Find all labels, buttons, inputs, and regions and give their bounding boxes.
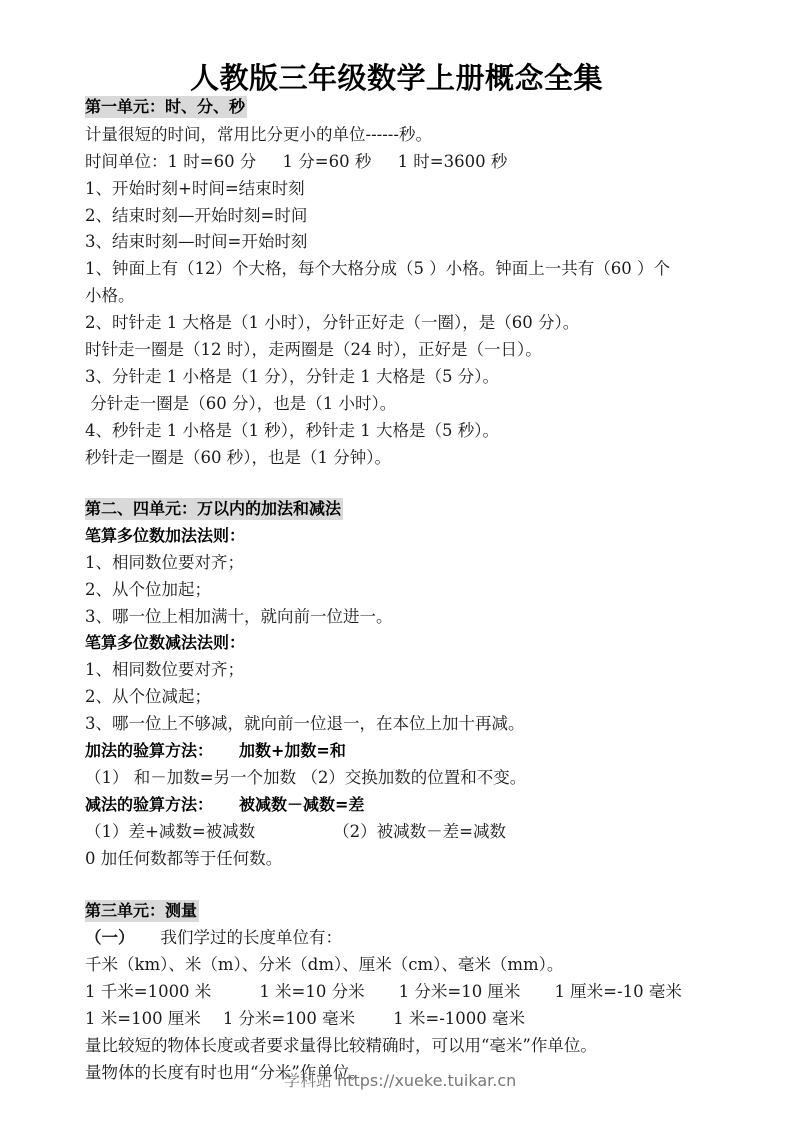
unit3-part-line: （一）我们学过的长度单位有： — [85, 927, 342, 949]
unit1-line: 小格。 — [85, 285, 135, 307]
unit3-header: 第三单元：测量 — [85, 900, 199, 922]
add-rule: 3、哪一位上相加满十，就向前一位进一。 — [85, 606, 393, 628]
unit1-line: 时针走一圈是（12 时），走两圈是（24 时），正好是（一日）。 — [85, 339, 542, 361]
conversion: 1 米=100 厘米 — [85, 1009, 201, 1028]
unit1-header: 第一单元：时、分、秒 — [85, 96, 247, 118]
zero-rule-line: 0 加任何数都等于任何数。 — [85, 848, 282, 870]
add-rule: 1、相同数位要对齐； — [85, 552, 244, 574]
unit1-line: 2、时针走 1 大格是（1 小时），分针正好走（一圈），是（60 分）。 — [85, 312, 579, 334]
unit1-line: 时间单位：1 时=60 分 1 分=60 秒 1 时=3600 秒 — [85, 151, 507, 173]
conversion-line-1: 1 千米=1000 米1 米=10 分米1 分米=10 厘米1 厘米=-10 毫… — [85, 981, 682, 1003]
sub-check-label: 减法的验算方法： — [85, 795, 213, 814]
conversion-line-2: 1 米=100 厘米1 分米=100 毫米1 米=-1000 毫米 — [85, 1008, 525, 1030]
add-check-label: 加法的验算方法： — [85, 741, 213, 760]
conversion: 1 分米=100 毫米 — [223, 1009, 355, 1028]
sub-rule-title: 笔算多位数减法法则： — [85, 632, 245, 654]
add-rule-title: 笔算多位数加法法则： — [85, 525, 245, 547]
unit1-line: 1、开始时刻+时间=结束时刻 — [85, 178, 305, 200]
conversion: 1 分米=10 厘米 — [399, 982, 521, 1001]
sub-rule: 3、哪一位上不够减，就向前一位退一，在本位上加十再减。 — [85, 713, 525, 735]
conversion: 1 千米=1000 米 — [85, 982, 211, 1001]
unit1-line: 2、结束时刻—开始时刻=时间 — [85, 205, 307, 227]
sub-rule: 1、相同数位要对齐； — [85, 659, 244, 681]
part-label: （一） — [85, 928, 135, 947]
sub-check-line: （1）差+减数=被减数（2）被减数－差=减数 — [85, 821, 506, 843]
unit1-line: 分针走一圈是（60 分），也是（1 小时）。 — [85, 393, 396, 415]
unit3-note: 量比较短的物体长度或者要求量得比较精确时，可以用“毫米”作单位。 — [85, 1035, 597, 1057]
conversion: 1 米=-1000 毫米 — [393, 1009, 525, 1028]
document-title: 人教版三年级数学上册概念全集 — [0, 56, 793, 97]
unit1-line: 4、秒针走 1 小格是（1 秒），秒针走 1 大格是（5 秒）。 — [85, 420, 499, 442]
watermark: 学科站 https://xueke.tuikar.cn — [284, 1068, 516, 1091]
add-check-formula: 加数+加数=和 — [239, 741, 346, 760]
unit1-line: 3、分针走 1 小格是（1 分），分针走 1 大格是（5 分）。 — [85, 366, 499, 388]
sub-check-item-2: （2）被减数－差=减数 — [333, 822, 506, 841]
add-check-line: （1） 和－加数=另一个加数 （2）交换加数的位置和不变。 — [85, 767, 526, 789]
conversion: 1 厘米=-10 毫米 — [554, 982, 681, 1001]
unit1-line: 1、钟面上有（12）个大格，每个大格分成（5 ）小格。钟面上一共有（60 ）个 — [85, 258, 670, 280]
conversion: 1 米=10 分米 — [259, 982, 364, 1001]
add-rule: 2、从个位加起； — [85, 579, 211, 601]
units-line: 千米（km）、米（m）、分米（dm）、厘米（cm）、毫米（mm）。 — [85, 954, 563, 976]
sub-check-item-1: （1）差+减数=被减数 — [85, 822, 255, 841]
add-check-title: 加法的验算方法：加数+加数=和 — [85, 740, 346, 762]
part-text: 我们学过的长度单位有： — [161, 928, 343, 947]
sub-rule: 2、从个位减起； — [85, 686, 211, 708]
sub-check-title: 减法的验算方法：被减数－减数=差 — [85, 794, 364, 816]
unit1-line: 3、结束时刻—时间=开始时刻 — [85, 231, 307, 253]
unit1-line: 计量很短的时间，常用比分更小的单位------秒。 — [85, 124, 432, 146]
unit1-line: 秒针走一圈是（60 秒），也是（1 分钟）。 — [85, 447, 391, 469]
unit2-header: 第二、四单元：万以内的加法和减法 — [85, 498, 343, 520]
sub-check-formula: 被减数－减数=差 — [239, 795, 364, 814]
